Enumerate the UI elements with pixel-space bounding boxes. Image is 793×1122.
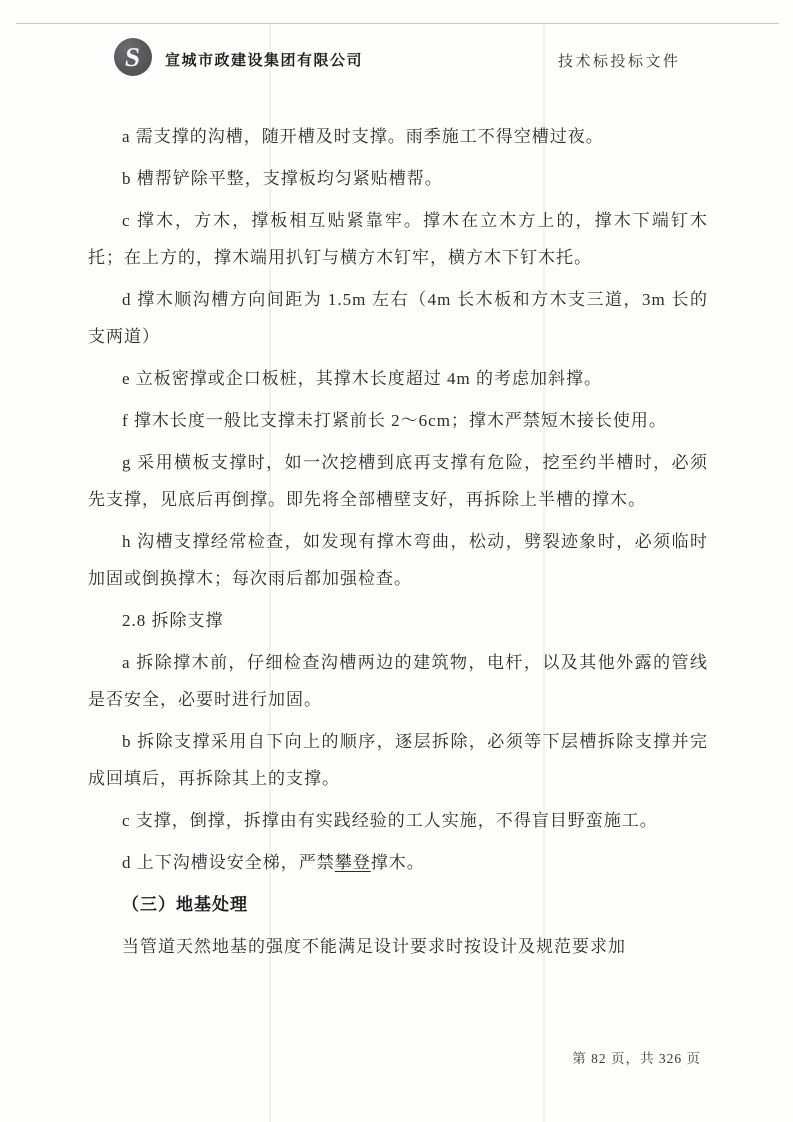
paragraph: 2.8 拆除支撑 bbox=[88, 602, 708, 639]
page-footer: 第 82 页，共 326 页 bbox=[572, 1047, 701, 1067]
paragraph: a 需支撑的沟槽，随开槽及时支撑。雨季施工不得空槽过夜。 bbox=[88, 118, 708, 155]
company-name: 宣城市政建设集团有限公司 bbox=[165, 49, 363, 70]
company-logo-icon: S bbox=[114, 38, 152, 76]
paragraph: g 采用横板支撑时，如一次挖槽到底再支撑有危险，挖至约半槽时，必须先支撑，见底后… bbox=[88, 444, 708, 518]
section-heading: （三）地基处理 bbox=[88, 886, 708, 923]
paragraph: h 沟槽支撑经常检查，如发现有撑木弯曲，松动，劈裂迹象时，必须临时加固或倒换撑木… bbox=[88, 523, 708, 597]
paragraph: 当管道天然地基的强度不能满足设计要求时按设计及规范要求加 bbox=[88, 928, 708, 965]
page-number: 第 82 页，共 326 页 bbox=[572, 1051, 701, 1066]
paragraph: b 拆除支撑采用自下向上的顺序，逐层拆除，必须等下层槽拆除支撑并完成回填后，再拆… bbox=[88, 723, 708, 797]
paragraph: d 撑木顺沟槽方向间距为 1.5m 左右（4m 长木板和方木支三道，3m 长的支… bbox=[88, 281, 708, 355]
underlined-text: 攀登 bbox=[335, 853, 371, 872]
paragraph: b 槽帮铲除平整，支撑板均匀紧贴槽帮。 bbox=[88, 160, 708, 197]
document-page: S 宣城市政建设集团有限公司 技术标投标文件 a 需支撑的沟槽，随开槽及时支撑。… bbox=[0, 0, 793, 1122]
paragraph: c 撑木，方木，撑板相互贴紧靠牢。撑木在立木方上的，撑木下端钉木托；在上方的，撑… bbox=[88, 202, 708, 276]
logo-letter: S bbox=[124, 44, 142, 71]
document-body: a 需支撑的沟槽，随开槽及时支撑。雨季施工不得空槽过夜。b 槽帮铲除平整，支撑板… bbox=[88, 118, 708, 970]
paragraph: c 支撑，倒撑，拆撑由有实践经验的工人实施，不得盲目野蛮施工。 bbox=[88, 802, 708, 839]
paragraph: d 上下沟槽设安全梯，严禁攀登撑木。 bbox=[88, 844, 708, 881]
paragraph: a 拆除撑木前，仔细检查沟槽两边的建筑物，电杆，以及其他外露的管线是否安全，必要… bbox=[88, 644, 708, 718]
scan-artifact-top-line bbox=[16, 23, 779, 24]
paragraph: f 撑木长度一般比支撑未打紧前长 2～6cm；撑木严禁短木接长使用。 bbox=[88, 402, 708, 439]
paragraph: e 立板密撑或企口板桩，其撑木长度超过 4m 的考虑加斜撑。 bbox=[88, 360, 708, 397]
document-type-label: 技术标投标文件 bbox=[558, 50, 681, 71]
